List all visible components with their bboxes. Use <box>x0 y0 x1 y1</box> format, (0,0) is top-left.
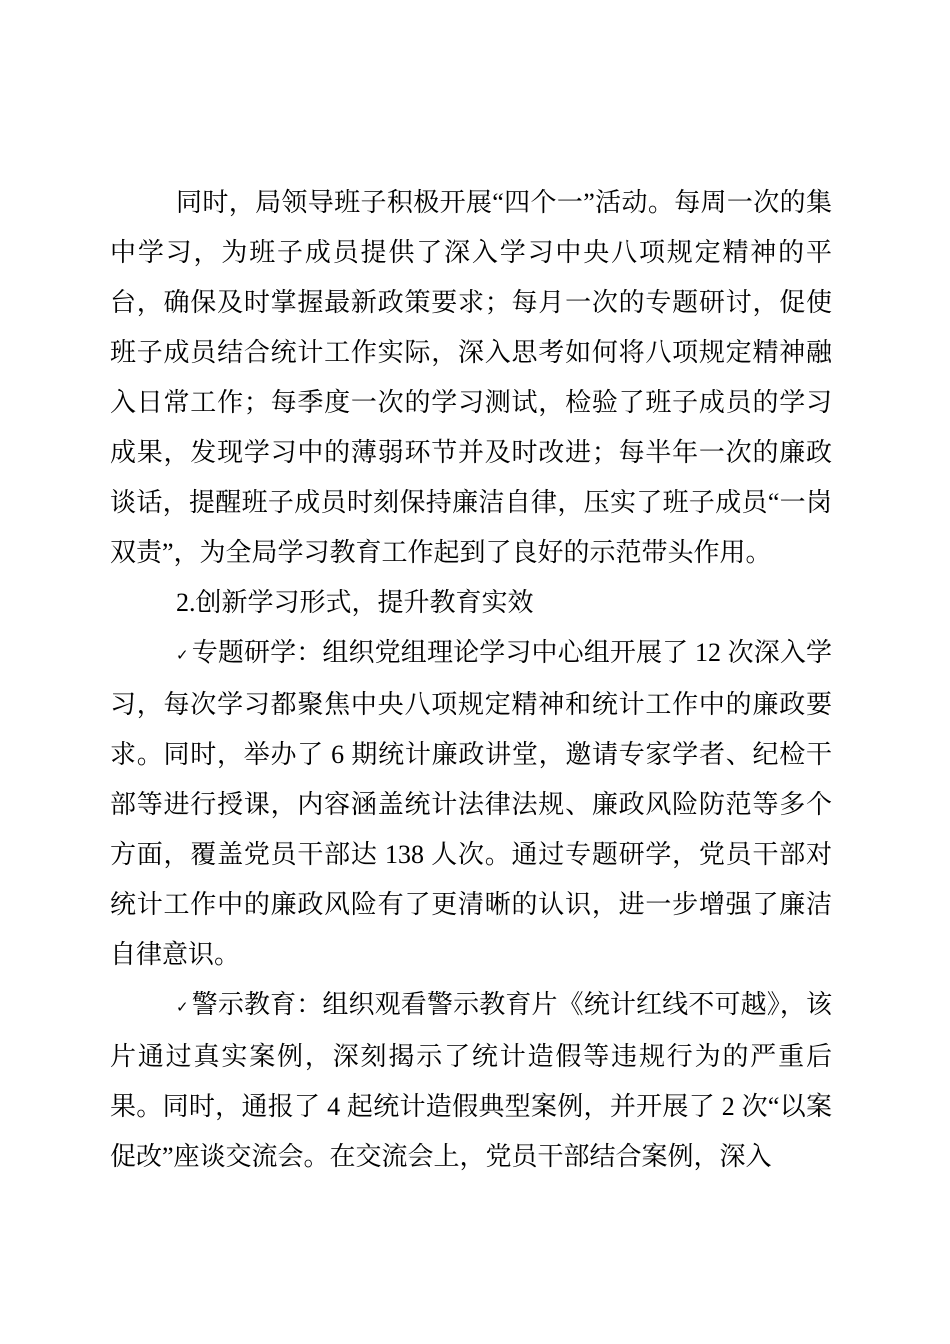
document-content: 同时，局领导班子积极开展“四个一”活动。每周一次的集中学习，为班子成员提供了深入… <box>110 178 832 1182</box>
paragraph-warning-education-text: 警示教育：组织观看警示教育片《统计红线不可越》，该片通过真实案例，深刻揭示了统计… <box>110 990 832 1171</box>
checkmark-icon: ✓ <box>176 646 189 664</box>
paragraph-four-ones-activities: 同时，局领导班子积极开展“四个一”活动。每周一次的集中学习，为班子成员提供了深入… <box>110 178 832 578</box>
paragraph-topic-study: ✓专题研学：组织党组理论学习中心组开展了 12 次深入学习，每次学习都聚焦中央八… <box>110 628 832 980</box>
paragraph-topic-study-text: 专题研学：组织党组理论学习中心组开展了 12 次深入学习，每次学习都聚焦中央八项… <box>110 638 832 969</box>
checkmark-icon: ✓ <box>176 998 189 1016</box>
document-page: 同时，局领导班子积极开展“四个一”活动。每周一次的集中学习，为班子成员提供了深入… <box>0 0 950 1344</box>
heading-section-2-innovate-learning: 2.创新学习形式，提升教育实效 <box>110 578 832 628</box>
paragraph-warning-education: ✓警示教育：组织观看警示教育片《统计红线不可越》，该片通过真实案例，深刻揭示了统… <box>110 980 832 1182</box>
